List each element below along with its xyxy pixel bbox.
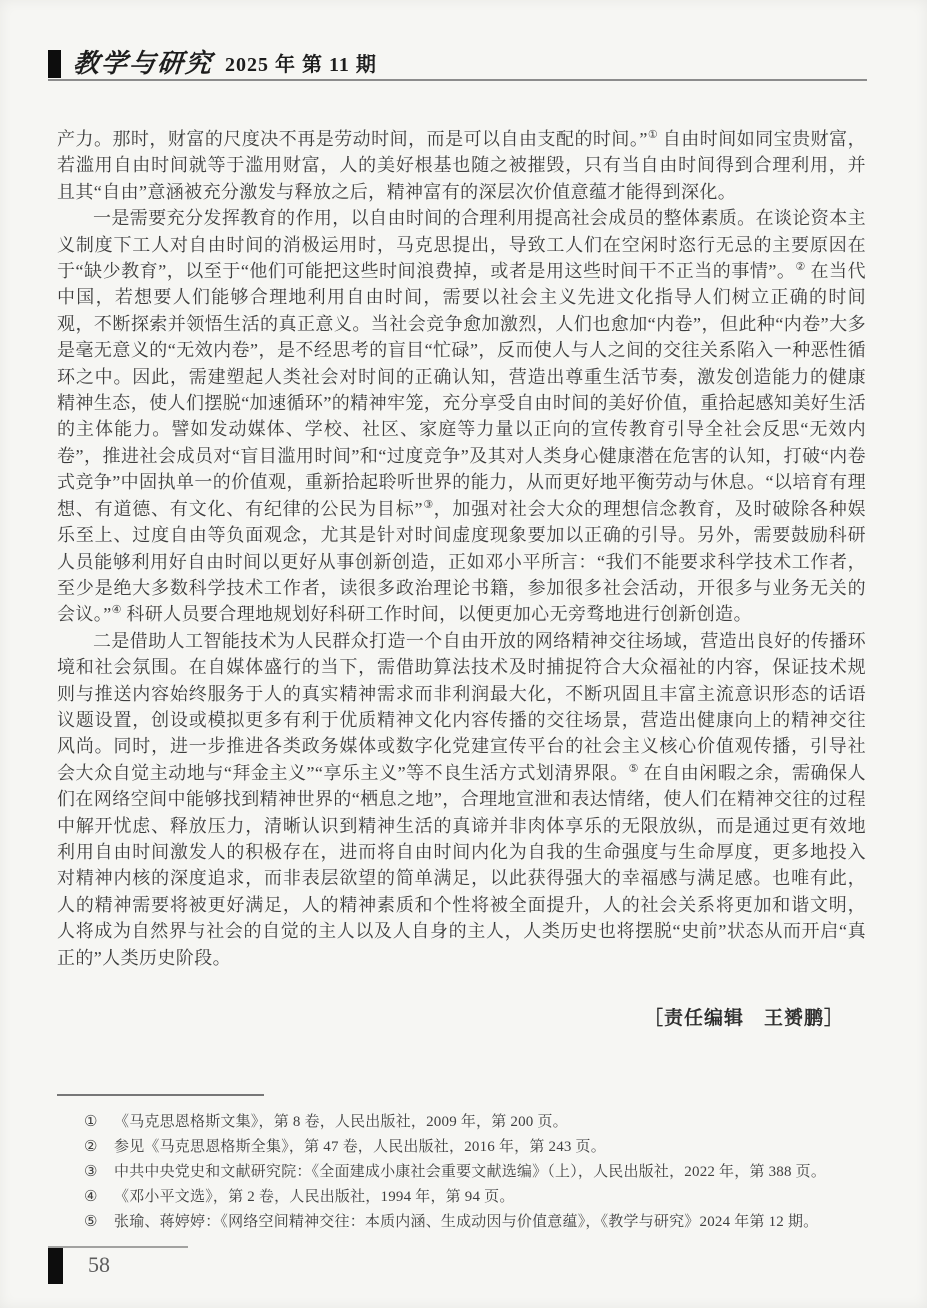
- editor-credit: ［责任编辑 王赟鹏］: [57, 1003, 866, 1030]
- footnote-text: 《邓小平文选》，第 2 卷，人民出版社，1994 年，第 94 页。: [114, 1187, 869, 1207]
- footnote-marker: ②: [84, 1137, 114, 1157]
- issue-label: 2025 年 第 11 期: [225, 52, 377, 78]
- article-body: 产力。那时，财富的尺度决不再是劳动时间，而是可以自由支配的时间。”① 自由时间如…: [57, 126, 866, 1030]
- footnote-marker: ④: [84, 1187, 114, 1207]
- footnote-item: ③中共中央党史和文献研究院：《全面建成小康社会重要文献选编》（上），人民出版社，…: [57, 1162, 869, 1182]
- footnote-text: 张瑜、蒋婷婷：《网络空间精神交往：本质内涵、生成动因与价值意蕴》，《教学与研究》…: [114, 1212, 869, 1232]
- header-block-icon: [48, 50, 61, 78]
- paragraph: 一是需要充分发挥教育的作用，以自由时间的合理利用提高社会成员的整体素质。在谈论资…: [57, 205, 866, 628]
- footnote-list: ①《马克思恩格斯文集》，第 8 卷，人民出版社，2009 年，第 200 页。②…: [57, 1112, 869, 1237]
- paragraph-container: 产力。那时，财富的尺度决不再是劳动时间，而是可以自由支配的时间。”① 自由时间如…: [57, 126, 866, 971]
- paragraph: 二是借助人工智能技术为人民群众打造一个自由开放的网络精神交往场域，营造出良好的传…: [57, 628, 866, 971]
- footnote-marker: ③: [84, 1162, 114, 1182]
- page-number: 58: [63, 1248, 110, 1278]
- journal-page: 教学与研究 2025 年 第 11 期 产力。那时，财富的尺度决不再是劳动时间，…: [0, 0, 927, 1308]
- footnote-marker: ①: [84, 1112, 114, 1132]
- footnote-text: 参见《马克思恩格斯全集》，第 47 卷，人民出版社，2016 年，第 243 页…: [114, 1137, 869, 1157]
- journal-logo: 教学与研究: [72, 50, 214, 78]
- footnote-item: ④《邓小平文选》，第 2 卷，人民出版社，1994 年，第 94 页。: [57, 1187, 869, 1207]
- paragraph: 产力。那时，财富的尺度决不再是劳动时间，而是可以自由支配的时间。”① 自由时间如…: [57, 126, 866, 205]
- page-header: 教学与研究 2025 年 第 11 期: [48, 50, 867, 81]
- footnote-divider: [57, 1094, 264, 1096]
- footnote-item: ②参见《马克思恩格斯全集》，第 47 卷，人民出版社，2016 年，第 243 …: [57, 1137, 869, 1157]
- footnote-item: ⑤张瑜、蒋婷婷：《网络空间精神交往：本质内涵、生成动因与价值意蕴》，《教学与研究…: [57, 1212, 869, 1232]
- page-number-bar-icon: [48, 1248, 63, 1284]
- footnote-text: 中共中央党史和文献研究院：《全面建成小康社会重要文献选编》（上），人民出版社，2…: [114, 1162, 869, 1182]
- footnote-marker: ⑤: [84, 1212, 114, 1232]
- footnote-item: ①《马克思恩格斯文集》，第 8 卷，人民出版社，2009 年，第 200 页。: [57, 1112, 869, 1132]
- footnote-text: 《马克思恩格斯文集》，第 8 卷，人民出版社，2009 年，第 200 页。: [114, 1112, 869, 1132]
- page-footer: 58: [48, 1246, 248, 1284]
